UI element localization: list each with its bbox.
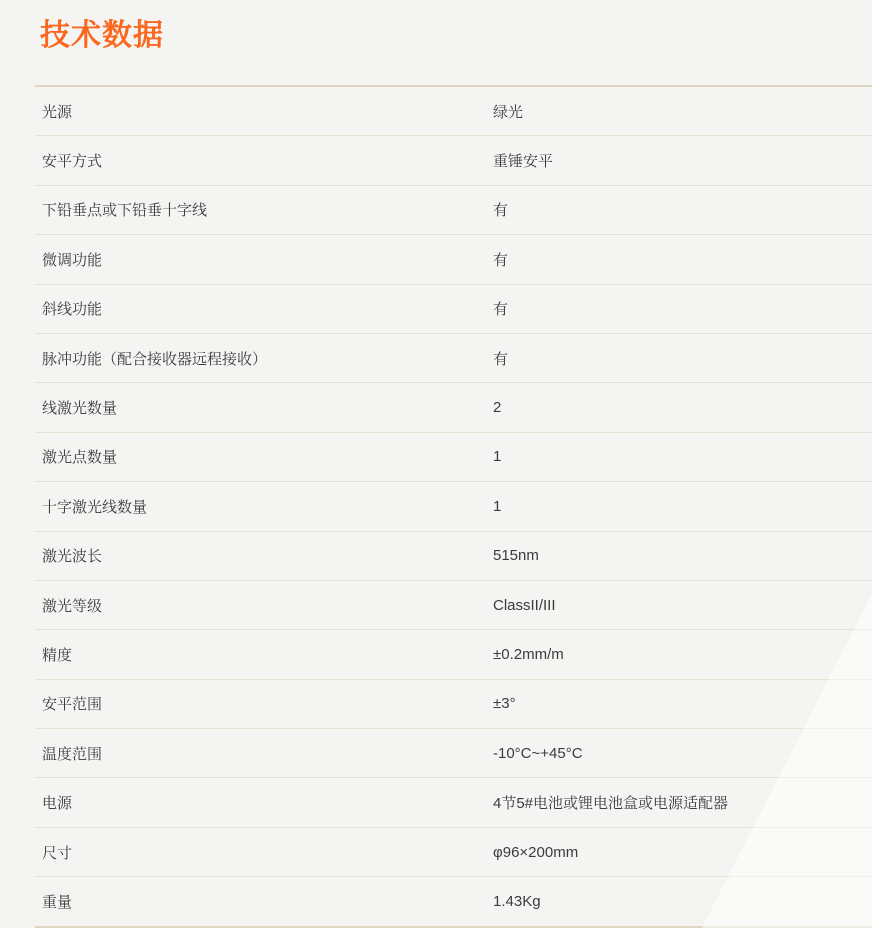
spec-table: 光源 绿光 安平方式 重锤安平 下铅垂点或下铅垂十字线 有 微调功能 有 斜线功…: [35, 85, 872, 928]
spec-row: 精度 ±0.2mm/m: [35, 630, 872, 679]
spec-row: 尺寸 φ96×200mm: [35, 828, 872, 877]
spec-row: 安平方式 重锤安平: [35, 136, 872, 185]
spec-label: 精度: [35, 644, 493, 665]
spec-value: 4节5#电池或锂电池盒或电源适配器: [493, 792, 872, 813]
spec-label: 斜线功能: [35, 298, 493, 319]
spec-value: 2: [493, 399, 872, 416]
spec-row: 安平范围 ±3°: [35, 680, 872, 729]
spec-row: 温度范围 -10°C~+45°C: [35, 729, 872, 778]
spec-label: 十字激光线数量: [35, 496, 493, 517]
spec-label: 安平方式: [35, 150, 493, 171]
spec-label: 脉冲功能（配合接收器远程接收）: [35, 348, 493, 369]
spec-value: 有: [493, 298, 872, 319]
spec-value: -10°C~+45°C: [493, 745, 872, 762]
spec-label: 激光点数量: [35, 446, 493, 467]
spec-value: 重锤安平: [493, 150, 872, 171]
spec-label: 微调功能: [35, 249, 493, 270]
spec-value: 1.43Kg: [493, 893, 872, 910]
spec-row: 十字激光线数量 1: [35, 482, 872, 531]
spec-row: 激光波长 515nm: [35, 532, 872, 581]
spec-row: 光源 绿光: [35, 87, 872, 136]
spec-value: 有: [493, 249, 872, 270]
spec-label: 激光波长: [35, 545, 493, 566]
spec-value: 1: [493, 498, 872, 515]
spec-value: 有: [493, 348, 872, 369]
spec-value: φ96×200mm: [493, 844, 872, 861]
spec-value: ClassII/III: [493, 597, 872, 614]
spec-label: 尺寸: [35, 842, 493, 863]
spec-value: 绿光: [493, 101, 872, 122]
spec-label: 光源: [35, 101, 493, 122]
spec-row: 斜线功能 有: [35, 285, 872, 334]
spec-value: 1: [493, 448, 872, 465]
spec-value: ±3°: [493, 695, 872, 712]
spec-value: 有: [493, 199, 872, 220]
spec-label: 重量: [35, 891, 493, 912]
spec-row: 激光点数量 1: [35, 433, 872, 482]
spec-row: 微调功能 有: [35, 235, 872, 284]
spec-row: 电源 4节5#电池或锂电池盒或电源适配器: [35, 778, 872, 827]
spec-label: 安平范围: [35, 693, 493, 714]
spec-label: 下铅垂点或下铅垂十字线: [35, 199, 493, 220]
spec-label: 电源: [35, 792, 493, 813]
spec-row: 重量 1.43Kg: [35, 877, 872, 927]
spec-row: 脉冲功能（配合接收器远程接收） 有: [35, 334, 872, 383]
spec-label: 线激光数量: [35, 397, 493, 418]
spec-row: 线激光数量 2: [35, 383, 872, 432]
spec-row: 激光等级 ClassII/III: [35, 581, 872, 630]
spec-label: 激光等级: [35, 595, 493, 616]
spec-value: ±0.2mm/m: [493, 646, 872, 663]
spec-value: 515nm: [493, 547, 872, 564]
page-title: 技术数据: [40, 15, 164, 57]
spec-label: 温度范围: [35, 743, 493, 764]
spec-row: 下铅垂点或下铅垂十字线 有: [35, 186, 872, 235]
spec-page: 技术数据 光源 绿光 安平方式 重锤安平 下铅垂点或下铅垂十字线 有 微调功能 …: [0, 0, 872, 928]
